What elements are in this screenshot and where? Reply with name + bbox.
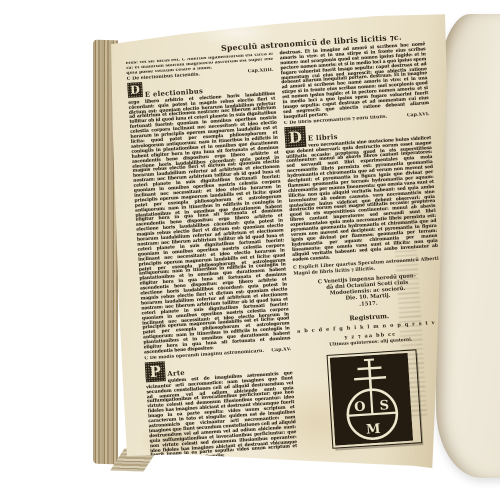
chapter-number: Cap.XV.: [271, 347, 291, 354]
two-column-text: eius: vel sic dicas est. C Auerius ligam…: [126, 43, 451, 464]
printed-text-block: Speculū astronomicū de libris licitis ⁊c…: [125, 31, 450, 464]
book-page: Speculū astronomicū de libris licitis ⁊c…: [95, 10, 450, 478]
woodcut-initial-P: P: [145, 361, 166, 382]
colophon: C Venetijs impensa heredū quon- dā dni O…: [294, 272, 442, 312]
section-imaginibus: P Arte quidem est de imaginibus astronom…: [145, 353, 298, 464]
device-letter-M: M: [366, 422, 381, 438]
woodcut-initial-D: D: [284, 126, 306, 148]
left-column: eius: vel sic dicas est. C Auerius ligam…: [126, 53, 298, 465]
woodcut-initial-D: D: [127, 82, 143, 98]
section-incipit: Arte: [167, 369, 185, 378]
body-text: vero necromanticis sine mutacione huius …: [285, 137, 438, 264]
body-text: quidem est de imaginibus astronomicis qu…: [146, 372, 298, 464]
section-necromanticis: D E libris vero necromanticis sine mutac…: [284, 118, 438, 264]
body-text: destruas. Et in imagine ad amorē si scri…: [279, 43, 429, 121]
right-column: destruas. Et in imagine ad amorē si scri…: [279, 43, 450, 455]
section-incipit: E libris: [308, 133, 338, 143]
device-letter-O: O: [354, 400, 366, 416]
photo-of-open-book: Speculū astronomicū de libris licitis ⁊c…: [0, 0, 500, 500]
section-electionibus: D E electionibus ergo libero arbitrio et…: [127, 73, 291, 356]
scotus-printer-device-icon: O S M: [330, 353, 413, 446]
device-letter-S: S: [379, 398, 389, 414]
printer-device-frame: O S M: [327, 350, 423, 449]
body-text: ergo libero arbitrio et electione horis …: [128, 92, 291, 356]
